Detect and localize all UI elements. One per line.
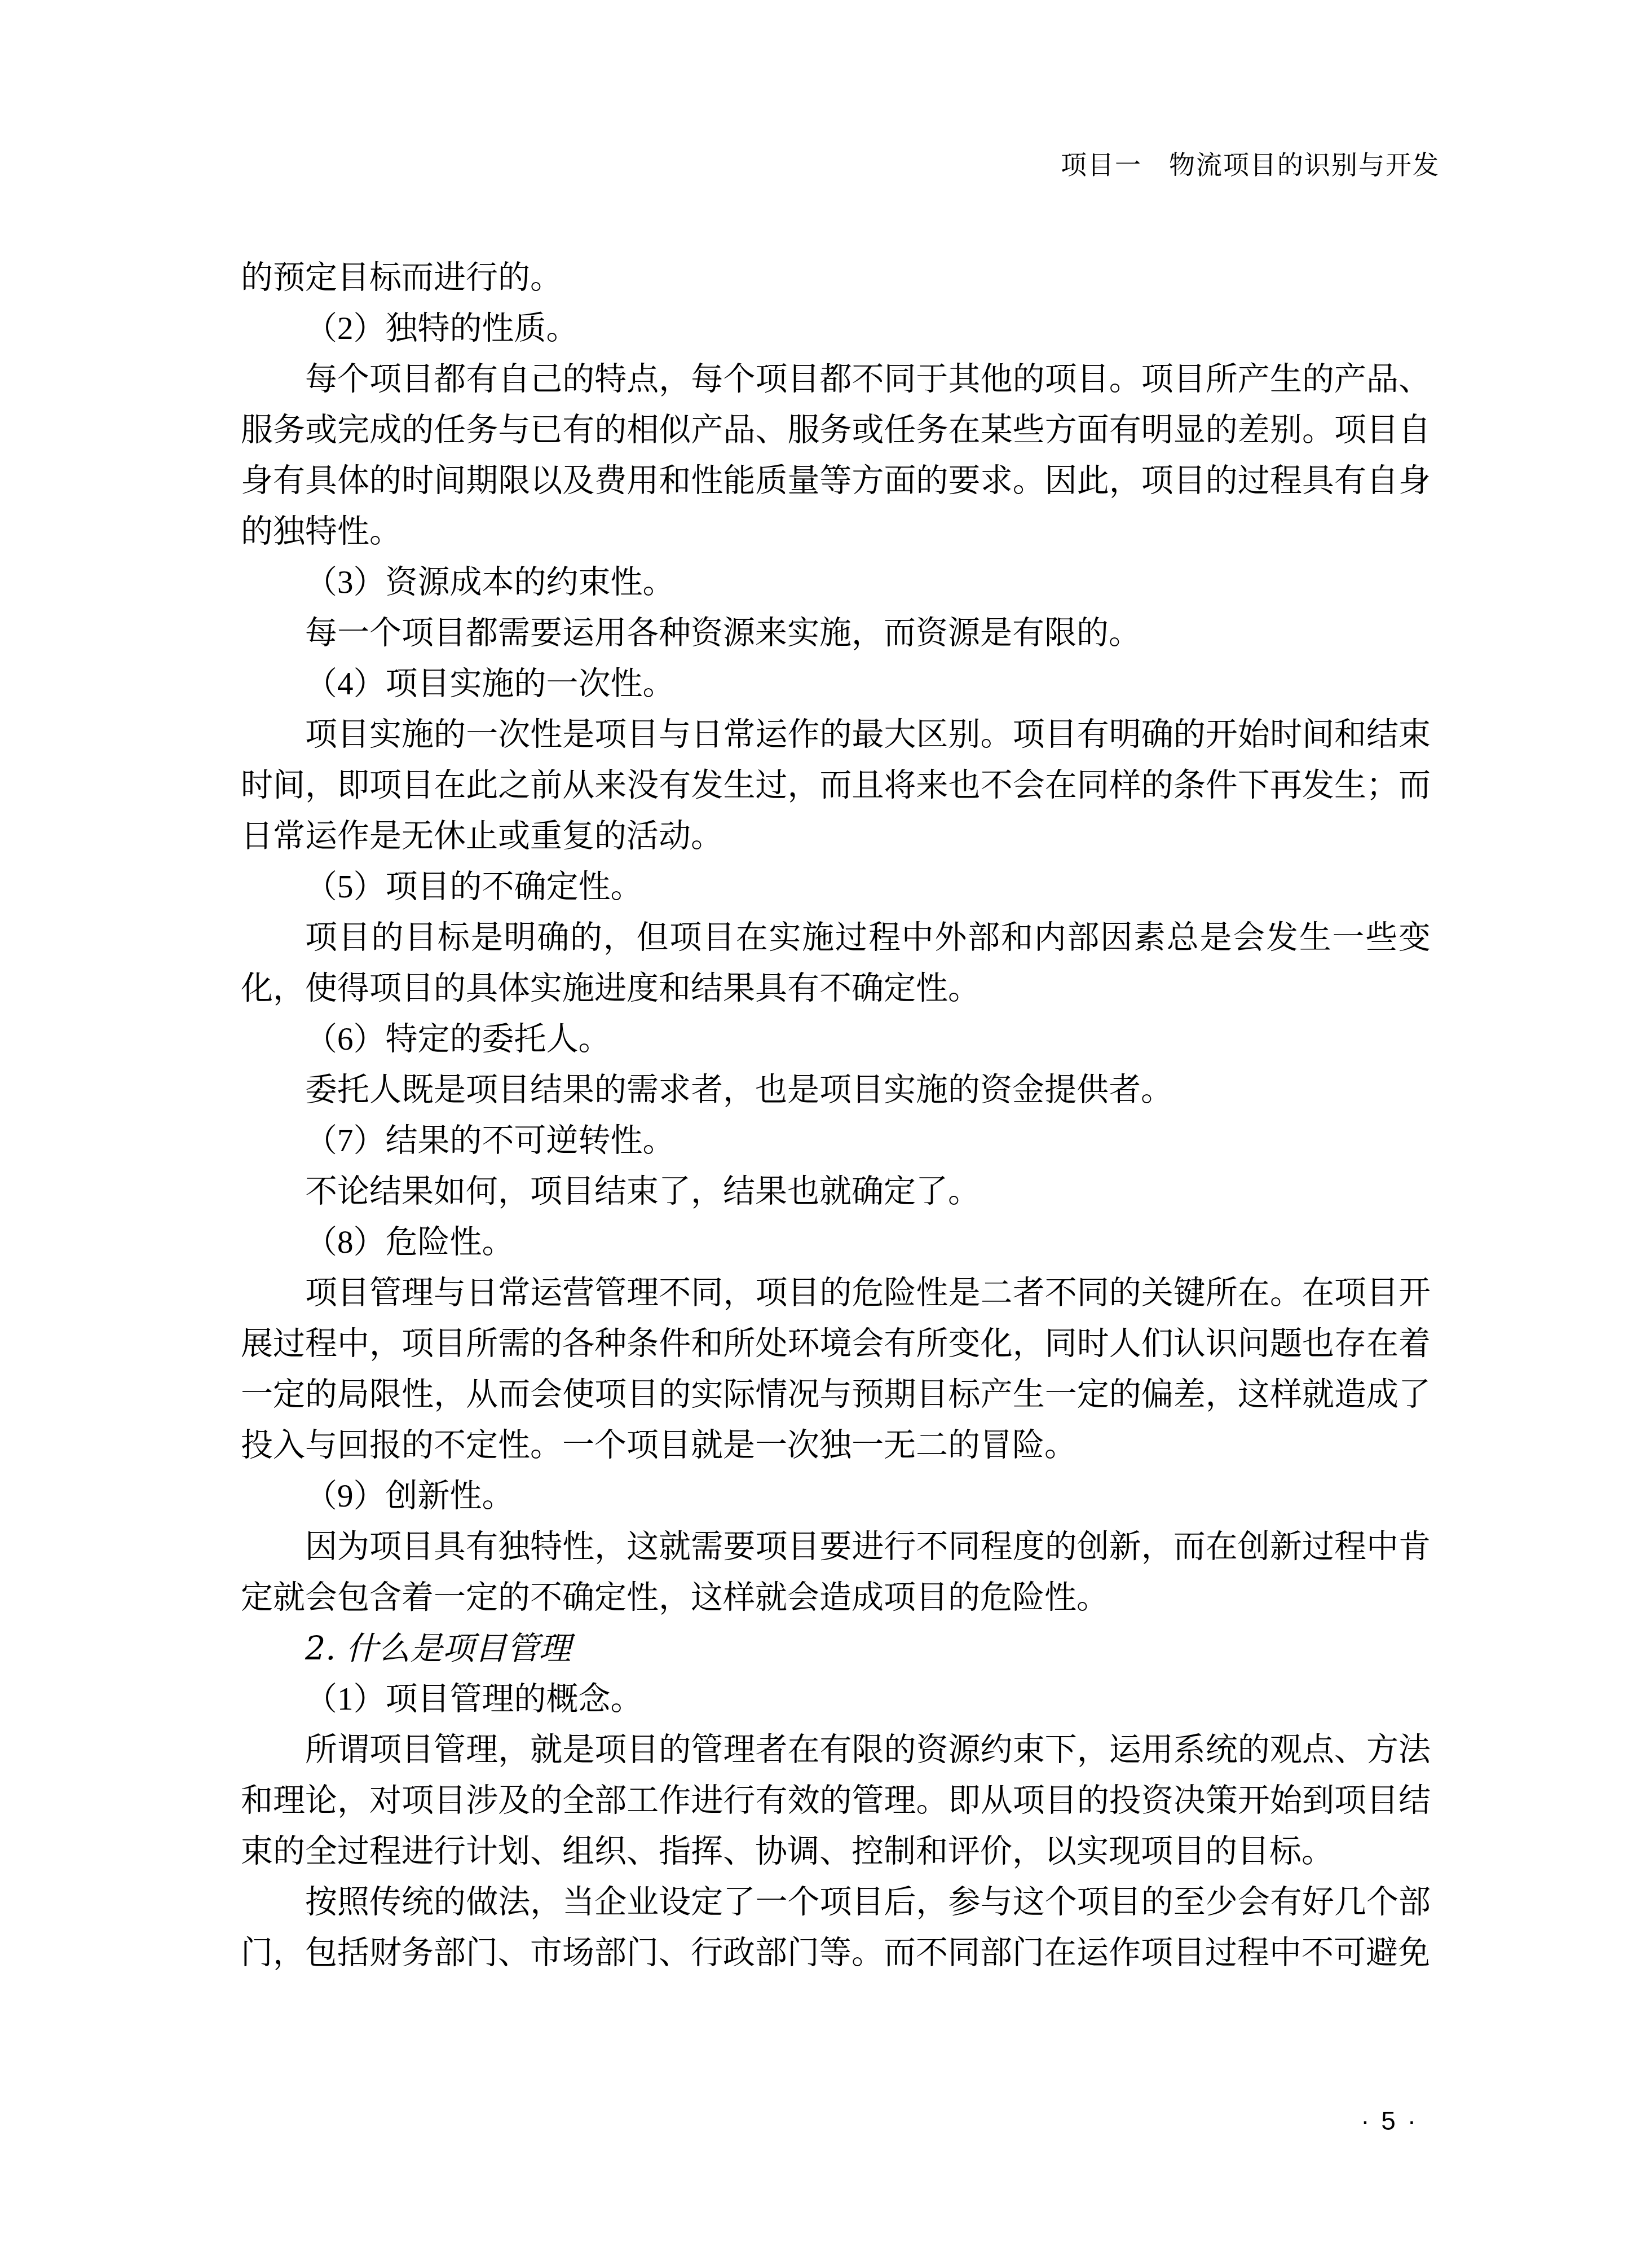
paragraph: （6）特定的委托人。 <box>241 1014 1431 1065</box>
paragraph: （8）危险性。 <box>241 1217 1431 1268</box>
paragraph: 的预定目标而进行的。 <box>241 253 1431 303</box>
paragraph: 项目实施的一次性是项目与日常运作的最大区别。项目有明确的开始时间和结束时间，即项… <box>241 710 1431 862</box>
paragraph: 所谓项目管理，就是项目的管理者在有限的资源约束下，运用系统的观点、方法和理论，对… <box>241 1725 1431 1877</box>
paragraph: 按照传统的做法，当企业设定了一个项目后，参与这个项目的至少会有好几个部门，包括财… <box>241 1877 1431 1979</box>
paragraph: （7）结果的不可逆转性。 <box>241 1116 1431 1166</box>
paragraph: 每个项目都有自己的特点，每个项目都不同于其他的项目。项目所产生的产品、服务或完成… <box>241 354 1431 557</box>
paragraph: 项目管理与日常运营管理不同，项目的危险性是二者不同的关键所在。在项目开展过程中，… <box>241 1268 1431 1471</box>
paragraph: 项目的目标是明确的，但项目在实施过程中外部和内部因素总是会发生一些变化，使得项目… <box>241 913 1431 1014</box>
paragraph: （1）项目管理的概念。 <box>241 1674 1431 1725</box>
paragraph: 委托人既是项目结果的需求者，也是项目实施的资金提供者。 <box>241 1065 1431 1116</box>
page-number: · 5 · <box>1361 2106 1418 2136</box>
paragraph: （2）独特的性质。 <box>241 303 1431 354</box>
paragraph: 每一个项目都需要运用各种资源来实施，而资源是有限的。 <box>241 608 1431 659</box>
running-header: 项目一 物流项目的识别与开发 <box>1061 144 1440 182</box>
book-page: 项目一 物流项目的识别与开发 的预定目标而进行的。 （2）独特的性质。 每个项目… <box>0 0 1628 2268</box>
section-heading: 2. 什么是项目管理 <box>241 1623 1431 1674</box>
paragraph: 不论结果如何，项目结束了，结果也就确定了。 <box>241 1166 1431 1217</box>
paragraph: （3）资源成本的约束性。 <box>241 557 1431 608</box>
paragraph: （5）项目的不确定性。 <box>241 862 1431 913</box>
paragraph: （4）项目实施的一次性。 <box>241 659 1431 710</box>
page-body-text: 的预定目标而进行的。 （2）独特的性质。 每个项目都有自己的特点，每个项目都不同… <box>241 253 1431 1979</box>
paragraph: （9）创新性。 <box>241 1471 1431 1522</box>
paragraph: 因为项目具有独特性，这就需要项目要进行不同程度的创新，而在创新过程中肯定就会包含… <box>241 1522 1431 1623</box>
